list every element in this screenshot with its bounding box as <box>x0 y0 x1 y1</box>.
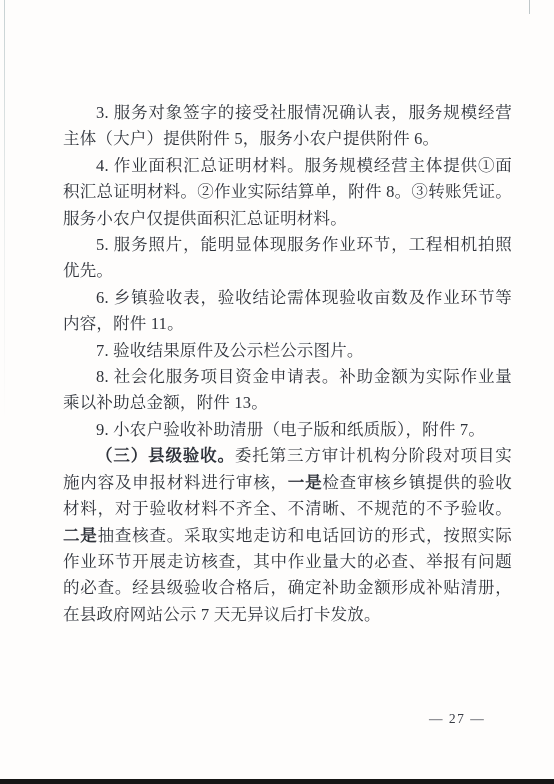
paragraph: （三）县级验收。委托第三方审计机构分阶段对项目实施内容及申报材料进行审核，一是检… <box>63 443 512 628</box>
text-segment: 5. 服务照片，能明显体现服务作业环节，工程相机拍照优先。 <box>63 235 512 280</box>
scan-left-edge-artifact <box>4 0 5 420</box>
text-segment: 4. 作业面积汇总证明材料。服务规模经营主体提供①面积汇总证明材料。②作业实际结… <box>63 156 512 228</box>
page-number: — 27 — <box>429 711 485 727</box>
text-segment: 8. 社会化服务项目资金申请表。补助金额为实际作业量乘以补助总金额，附件 13。 <box>63 367 512 412</box>
paragraph: 4. 作业面积汇总证明材料。服务规模经营主体提供①面积汇总证明材料。②作业实际结… <box>63 153 512 232</box>
paragraph: 3. 服务对象签字的接受社服情况确认表，服务规模经营主体（大户）提供附件 5，服… <box>63 100 512 153</box>
paragraph: 9. 小农户验收补助清册（电子版和纸质版），附件 7。 <box>63 417 512 443</box>
scan-bottom-edge-bar <box>0 779 554 784</box>
text-segment: 9. 小农户验收补助清册（电子版和纸质版），附件 7。 <box>96 420 485 439</box>
text-segment-bold: 二是 <box>63 526 98 545</box>
text-segment-bold: 一是 <box>288 473 323 492</box>
scan-top-right-edge-artifact <box>529 0 530 14</box>
text-segment: 3. 服务对象签字的接受社服情况确认表，服务规模经营主体（大户）提供附件 5，服… <box>63 103 512 148</box>
text-segment-bold: （三）县级验收。 <box>96 446 235 465</box>
text-segment: 7. 验收结果原件及公示栏公示图片。 <box>96 341 364 360</box>
paragraph: 8. 社会化服务项目资金申请表。补助金额为实际作业量乘以补助总金额，附件 13。 <box>63 364 512 417</box>
paragraph: 5. 服务照片，能明显体现服务作业环节，工程相机拍照优先。 <box>63 232 512 285</box>
paragraph: 7. 验收结果原件及公示栏公示图片。 <box>63 338 512 364</box>
scanned-document-screenshot: { "colors": { "text-color": "#2e323a", "… <box>0 0 554 784</box>
document-body: 3. 服务对象签字的接受社服情况确认表，服务规模经营主体（大户）提供附件 5，服… <box>63 100 512 628</box>
text-segment: 抽查核查。采取实地走访和电话回访的形式，按照实际作业环节开展走访核查，其中作业量… <box>63 526 512 624</box>
document-page: 3. 服务对象签字的接受社服情况确认表，服务规模经营主体（大户）提供附件 5，服… <box>0 0 554 784</box>
text-segment: 6. 乡镇验收表，验收结论需体现验收亩数及作业环节等内容，附件 11。 <box>63 288 512 333</box>
paragraph: 6. 乡镇验收表，验收结论需体现验收亩数及作业环节等内容，附件 11。 <box>63 285 512 338</box>
